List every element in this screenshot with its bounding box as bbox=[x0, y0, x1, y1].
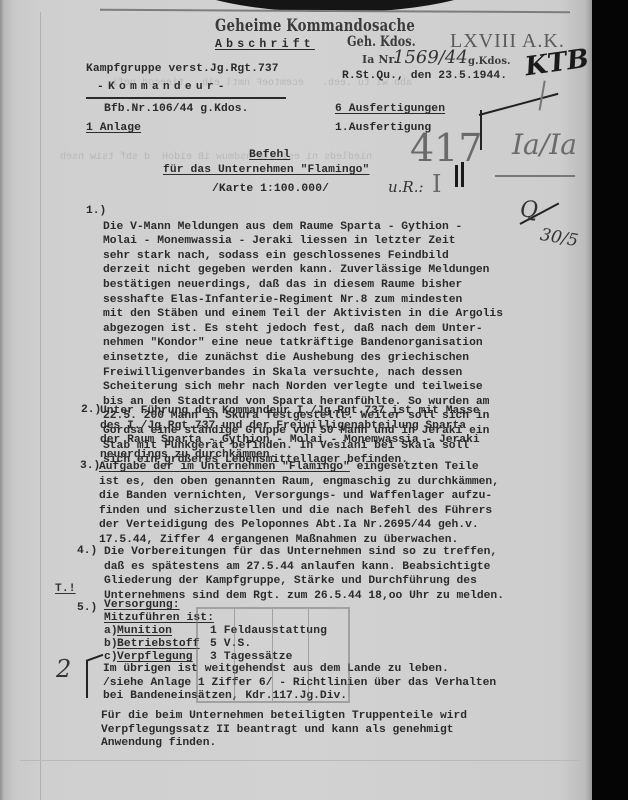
copies-count: 6 Ausfertigungen bbox=[335, 102, 445, 116]
margin-note-2: 2 bbox=[56, 655, 71, 683]
margin-bracket bbox=[86, 660, 88, 698]
closing-notes-text: Für die beim Unternehmen beteiligten Tru… bbox=[101, 710, 467, 749]
margin-note-ta: T.! bbox=[55, 582, 76, 596]
paragraph-number: 3.) bbox=[80, 460, 100, 472]
copy-label: Abschrift bbox=[215, 38, 315, 52]
supply-heading: Versorgung: bbox=[104, 598, 180, 612]
handwritten-roman-one: I bbox=[432, 170, 441, 198]
paragraph-4-text: Die Vorbereitungen für das Unternehmen s… bbox=[104, 546, 504, 602]
signature-initials: Q bbox=[520, 198, 538, 223]
fold-line bbox=[20, 760, 580, 761]
attachments: 1 Anlage bbox=[86, 121, 141, 135]
handwritten-ia-fraction: Ia/Ia bbox=[512, 128, 577, 161]
sheet-edge bbox=[40, 12, 41, 800]
commander-label: -Kommandeur- bbox=[97, 80, 229, 94]
map-reference: /Karte 1:100.000/ bbox=[212, 182, 329, 196]
classification-stamp: Geheime Kommandosache bbox=[215, 16, 415, 36]
supply-item-label: a) bbox=[104, 624, 118, 638]
order-heading: Befehl bbox=[249, 148, 290, 162]
paragraph-number: 4.) bbox=[77, 545, 97, 557]
paragraph-3-text: eingesetzten Teile ist es, den oben gena… bbox=[99, 461, 499, 546]
supply-item-label: c) bbox=[104, 650, 118, 664]
handwritten-ur: u.R.: bbox=[388, 178, 424, 196]
unit-name: Kampfgruppe verst.Jg.Rgt.737 bbox=[86, 62, 279, 76]
pencil-underline bbox=[495, 175, 575, 177]
paragraph-2-text: Unter Führung des Kommandeur I./Jg.Rgt.7… bbox=[100, 405, 480, 461]
gkdos-stamp: g.Kdos. bbox=[468, 55, 511, 69]
pencil-mark bbox=[480, 110, 482, 150]
bleed-through-text: niedleds ni esiemlo nsdmuw iB eidoH d sb… bbox=[60, 152, 372, 163]
order-subheading: für das Unternehmen "Flamingo" bbox=[163, 163, 369, 177]
handwritten-417: 417 bbox=[410, 126, 483, 170]
closing-notes: Für die beim Unternehmen beteiligten Tru… bbox=[101, 710, 467, 751]
paragraph-2: Unter Führung des Kommandeur I./Jg.Rgt.7… bbox=[100, 404, 480, 462]
initials-mark bbox=[461, 162, 464, 187]
paragraph-3: Aufgabe der im Unternehmen "Flamingo" ei… bbox=[99, 460, 499, 548]
scan-border bbox=[592, 0, 628, 800]
paragraph-4: Die Vorbereitungen für das Unternehmen s… bbox=[104, 545, 504, 603]
paragraph-3-lead: Aufgabe der im Unternehmen "Flamingo" bbox=[99, 461, 350, 473]
supply-item-label: b) bbox=[104, 637, 118, 651]
paragraph-number: 2.) bbox=[81, 404, 101, 416]
place-date: R.St.Qu., den 23.5.1944. bbox=[342, 69, 507, 83]
file-reference: Bfb.Nr.106/44 g.Kdos. bbox=[104, 102, 248, 116]
supply-item-name: Betriebstoff bbox=[117, 637, 200, 651]
supply-item-name: Verpflegung bbox=[117, 650, 193, 664]
initials-mark bbox=[455, 165, 458, 187]
header-rule bbox=[86, 97, 286, 99]
supply-item-name: Munition bbox=[117, 624, 172, 638]
faded-stamp-box bbox=[196, 607, 350, 703]
paragraph-number: 5.) bbox=[77, 602, 97, 614]
